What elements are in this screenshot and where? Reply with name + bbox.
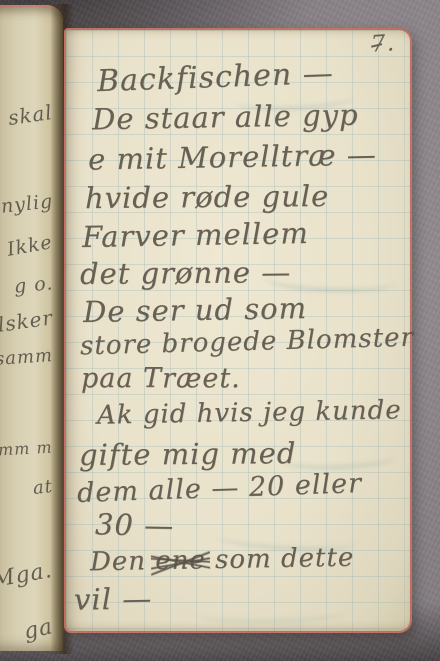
handwriting-text: Ak gid hvis jeg kunde xyxy=(97,395,402,430)
handwriting-text: De ser ud som xyxy=(83,291,308,329)
handwriting-line: 30 — xyxy=(95,507,175,542)
handwriting-text: som dette xyxy=(206,543,355,576)
previous-page-word-fragment: ga xyxy=(22,614,56,645)
handwriting-text: store brogede Blomster xyxy=(80,323,415,362)
previous-page-word-fragment: mm m xyxy=(0,438,53,460)
previous-page-edge: skalnyligIkkeg o.elskersammmm matMga.ga xyxy=(0,5,63,651)
handwriting-line: De ser ud som xyxy=(83,291,308,329)
handwriting-text: vil — xyxy=(74,581,153,616)
notebook-photograph: skalnyligIkkeg o.elskersammmm matMga.ga … xyxy=(0,0,440,661)
handwriting-line: De staar alle gyp xyxy=(92,98,359,137)
handwriting-line: det grønne — xyxy=(80,255,292,291)
scribbled-out-word: ene xyxy=(155,545,206,576)
handwriting-text: e mit Morelltræ — xyxy=(88,137,377,176)
previous-page-word-fragment: skal xyxy=(7,100,55,130)
handwriting-line: vil — xyxy=(74,581,153,616)
handwriting-line: Den ene som dette xyxy=(90,543,355,578)
handwriting-line: Backfischen — xyxy=(96,56,334,99)
notebook-page: 7. Backfischen —De staar alle gype mit M… xyxy=(64,28,412,633)
handwriting-text: 30 — xyxy=(95,507,175,542)
handwriting-line: dem alle — 20 eller xyxy=(77,468,363,509)
handwriting-text: hvide røde gule xyxy=(85,179,330,215)
page-number: 7. xyxy=(370,30,396,58)
handwriting-text: De staar alle gyp xyxy=(92,98,359,137)
handwriting-line: store brogede Blomster xyxy=(80,323,415,362)
handwriting-line: paa Træet. xyxy=(81,363,241,394)
previous-page-word-fragment: Ikke xyxy=(6,231,55,261)
previous-page-word-fragment: elsker xyxy=(0,305,54,338)
handwriting-line: Ak gid hvis jeg kunde xyxy=(97,395,402,430)
handwriting-line: e mit Morelltræ — xyxy=(88,137,377,176)
previous-page-word-fragment: nylig xyxy=(0,190,54,217)
handwriting-text: Farver mellem xyxy=(82,216,309,254)
previous-page-word-fragment: Mga. xyxy=(0,558,55,593)
ink-bleedthrough-mark xyxy=(196,604,346,625)
handwriting-line: Farver mellem xyxy=(82,216,309,254)
handwriting-text: gifte mig med xyxy=(79,436,297,472)
handwriting-text: Den xyxy=(90,546,156,577)
handwriting-line: hvide røde gule xyxy=(85,179,330,215)
ink-bleedthrough-mark xyxy=(281,448,397,471)
previous-page-word-fragment: samm xyxy=(0,345,54,370)
previous-page-word-fragment: at xyxy=(32,476,54,499)
handwriting-line: gifte mig med xyxy=(79,436,297,472)
handwriting-text: det grønne — xyxy=(80,255,292,291)
previous-page-word-fragment: g o. xyxy=(13,272,54,297)
handwriting-text: dem alle — 20 eller xyxy=(77,468,363,509)
handwriting-text: paa Træet. xyxy=(81,363,241,394)
handwriting-text: Backfischen — xyxy=(96,56,334,99)
